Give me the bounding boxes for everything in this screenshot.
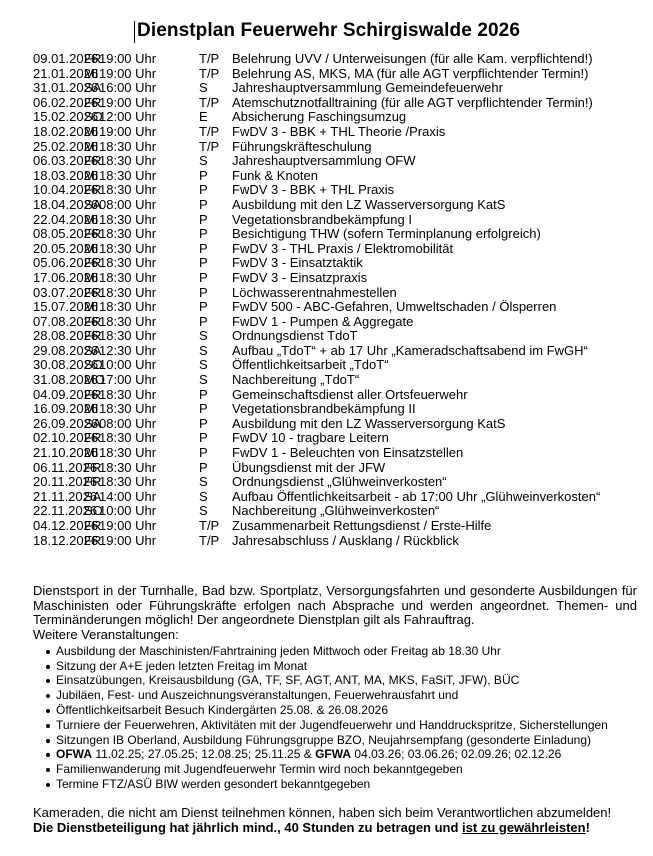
schedule-description: Ausbildung mit den LZ Wasserversorgung K… <box>232 417 505 432</box>
schedule-description: FwDV 3 - THL Praxis / Elektromobilität <box>232 242 453 257</box>
schedule-time: 08:00 Uhr <box>99 198 156 213</box>
schedule-row: 07.08.2026FR18:30 UhrPFwDV 1 - Pumpen & … <box>33 315 643 330</box>
schedule-row: 03.07.2026FR18:30 UhrPLöchwasserentnahme… <box>33 286 643 301</box>
list-item: Einsatzübungen, Kreisausbildung (GA, TF,… <box>33 673 637 688</box>
schedule-type: T/P <box>199 140 219 155</box>
schedule-row: 06.02.2026FR19:00 UhrT/PAtemschutznotfal… <box>33 96 643 111</box>
notes-paragraph: Dienstsport in der Turnhalle, Bad bzw. S… <box>33 584 637 628</box>
schedule-row: 25.02.2026MI18:30 UhrT/PFührungskräftesc… <box>33 140 643 155</box>
bullet-icon <box>46 709 50 713</box>
schedule-row: 22.11.2026SO10:00 UhrSNachbereitung „Glü… <box>33 504 643 519</box>
schedule-description: FwDV 3 - BBK + THL Theorie /Praxis <box>232 125 445 140</box>
schedule-description: FwDV 1 - Pumpen & Aggregate <box>232 315 413 330</box>
schedule-time: 18:30 Uhr <box>99 169 156 184</box>
schedule-time: 18:30 Uhr <box>99 271 156 286</box>
gfwa-dates: 04.03.26; 03.06.26; 02.09.26; 02.12.26 <box>351 747 561 761</box>
schedule-time: 18:30 Uhr <box>99 256 156 271</box>
list-item-text: Turniere der Feuerwehren, Aktivitäten mi… <box>56 718 608 732</box>
schedule-type: S <box>199 373 208 388</box>
schedule-time: 18:30 Uhr <box>99 329 156 344</box>
bullet-icon <box>46 665 50 669</box>
schedule-type: T/P <box>199 52 219 67</box>
bullet-icon <box>46 768 50 772</box>
schedule-time: 18:30 Uhr <box>99 388 156 403</box>
further-events-list: Ausbildung der Maschinisten/Fahrtraining… <box>33 644 637 792</box>
schedule-row: 04.09.2026FR18:30 UhrPGemeinschaftsdiens… <box>33 388 643 403</box>
schedule-description: Vegetationsbrandbekämpfung I <box>232 213 412 228</box>
schedule-row: 02.10.2026FR18:30 UhrPFwDV 10 - tragbare… <box>33 431 643 446</box>
schedule-type: E <box>199 110 208 125</box>
list-item: Termine FTZ/ASÜ BIW werden gesondert bek… <box>33 777 637 792</box>
schedule-time: 19:00 Uhr <box>99 534 156 549</box>
schedule-weekday: MI <box>84 67 98 82</box>
schedule-time: 18:30 Uhr <box>99 446 156 461</box>
schedule-row: 08.05.2026FR18:30 UhrPBesichtigung THW (… <box>33 227 643 242</box>
list-item: Ausbildung der Maschinisten/Fahrtraining… <box>33 644 637 659</box>
schedule-weekday: MI <box>84 169 98 184</box>
schedule-time: 19:00 Uhr <box>99 125 156 140</box>
schedule-weekday: MI <box>84 140 98 155</box>
list-item: Familienwanderung mit Jugendfeuerwehr Te… <box>33 762 637 777</box>
list-item: Jubiläen, Fest- und Auszeichnungsveranst… <box>33 688 637 703</box>
schedule-type: P <box>199 388 208 403</box>
schedule-time: 18:30 Uhr <box>99 242 156 257</box>
schedule-type: P <box>199 271 208 286</box>
schedule-description: Ordnungsdienst TdoT <box>232 329 358 344</box>
schedule-type: S <box>199 344 208 359</box>
list-item-text: Familienwanderung mit Jugendfeuerwehr Te… <box>56 762 463 776</box>
schedule-type: P <box>199 198 208 213</box>
schedule-description: Ordnungsdienst „Glühweinverkosten“ <box>232 475 447 490</box>
schedule-time: 19:00 Uhr <box>99 519 156 534</box>
schedule-time: 19:00 Uhr <box>99 52 156 67</box>
list-item-text: Öffentlichkeitsarbeit Besuch Kindergärte… <box>56 703 388 717</box>
schedule-weekday: MI <box>84 446 98 461</box>
schedule-row: 15.02.2026SO12:00 UhrEAbsicherung Faschi… <box>33 110 643 125</box>
schedule-description: FwDV 1 - Beleuchten von Einsatzstellen <box>232 446 463 461</box>
schedule-weekday: MI <box>84 271 98 286</box>
schedule-description: Zusammenarbeit Rettungsdienst / Erste-Hi… <box>232 519 491 534</box>
schedule-description: FwDV 3 - BBK + THL Praxis <box>232 183 394 198</box>
text-cursor <box>134 21 135 43</box>
bullet-icon <box>46 753 50 757</box>
schedule-type: P <box>199 169 208 184</box>
schedule-description: Nachbereitung „Glühweinverkosten“ <box>232 504 439 519</box>
schedule-time: 19:00 Uhr <box>99 67 156 82</box>
schedule-time: 18:30 Uhr <box>99 475 156 490</box>
bullet-icon <box>46 739 50 743</box>
schedule-row: 22.04.2026MI18:30 UhrPVegetationsbrandbe… <box>33 213 643 228</box>
schedule-type: P <box>199 256 208 271</box>
schedule-type: T/P <box>199 125 219 140</box>
schedule-row: 16.09.2026MI18:30 UhrPVegetationsbrandbe… <box>33 402 643 417</box>
schedule-row: 09.01.2026FR19:00 UhrT/PBelehrung UVV / … <box>33 52 643 67</box>
schedule-description: Funk & Knoten <box>232 169 318 184</box>
schedule-row: 18.04.2026SA08:00 UhrPAusbildung mit den… <box>33 198 643 213</box>
schedule-row: 21.11.2026SA14:00 UhrSAufbau Öffentlichk… <box>33 490 643 505</box>
schedule-type: T/P <box>199 534 219 549</box>
schedule-description: Nachbereitung „TdoT“ <box>232 373 359 388</box>
schedule-description: Ausbildung mit den LZ Wasserversorgung K… <box>232 198 505 213</box>
schedule-type: S <box>199 358 208 373</box>
schedule-row: 06.11.2026FR18:30 UhrPÜbungsdienst mit d… <box>33 461 643 476</box>
title-text: Dienstplan Feuerwehr Schirgiswalde 2026 <box>137 20 520 41</box>
schedule-description: Gemeinschaftsdienst aller Ortsfeuerwehr <box>232 388 468 403</box>
schedule-description: Führungskräfteschulung <box>232 140 371 155</box>
schedule-time: 18:30 Uhr <box>99 431 156 446</box>
schedule-type: P <box>199 300 208 315</box>
ofwa-dates: 11.02.25; 27.05.25; 12.08.25; 25.11.25 & <box>92 747 315 761</box>
ofwa-label: OFWA <box>56 747 92 761</box>
schedule-weekday: MI <box>84 402 98 417</box>
list-item-text: Sitzung der A+E jeden letzten Freitag im… <box>56 659 307 673</box>
schedule-time: 12:30 Uhr <box>99 344 156 359</box>
schedule-description: Aufbau „TdoT“ + ab 17 Uhr „Kameradschaft… <box>232 344 588 359</box>
schedule-type: P <box>199 286 208 301</box>
schedule-description: Absicherung Faschingsumzug <box>232 110 406 125</box>
list-item-text: Ausbildung der Maschinisten/Fahrtraining… <box>56 644 501 658</box>
schedule-row: 29.08.2026SA12:30 UhrSAufbau „TdoT“ + ab… <box>33 344 643 359</box>
schedule-row: 15.07.2026MI18:30 UhrPFwDV 500 - ABC-Gef… <box>33 300 643 315</box>
schedule-time: 10:00 Uhr <box>99 358 156 373</box>
schedule-table: 09.01.2026FR19:00 UhrT/PBelehrung UVV / … <box>33 52 643 548</box>
closing-line-2: Die Dienstbeteiligung hat jährlich mind.… <box>33 820 643 835</box>
schedule-row: 18.03.2026MI18:30 UhrPFunk & Knoten <box>33 169 643 184</box>
schedule-type: S <box>199 490 208 505</box>
schedule-description: Vegetationsbrandbekämpfung II <box>232 402 416 417</box>
title-text-wrapper: Dienstplan Feuerwehr Schirgiswalde 2026 <box>133 19 520 43</box>
schedule-type: P <box>199 402 208 417</box>
schedule-row: 04.12.2026FR19:00 UhrT/PZusammenarbeit R… <box>33 519 643 534</box>
schedule-row: 18.12.2026FR19:00 UhrT/PJahresabschluss … <box>33 534 643 549</box>
schedule-time: 18:30 Uhr <box>99 461 156 476</box>
schedule-time: 18:30 Uhr <box>99 315 156 330</box>
schedule-type: S <box>199 504 208 519</box>
schedule-description: FwDV 3 - Einsatztaktik <box>232 256 363 271</box>
list-item-text: Einsatzübungen, Kreisausbildung (GA, TF,… <box>56 673 519 687</box>
schedule-description: Übungsdienst mit der JFW <box>232 461 385 476</box>
closing-line-2-text: Die Dienstbeteiligung hat jährlich mind.… <box>33 820 462 835</box>
schedule-time: 18:30 Uhr <box>99 183 156 198</box>
schedule-type: P <box>199 315 208 330</box>
schedule-weekday: MI <box>84 300 98 315</box>
schedule-row: 21.01.2026MI19:00 UhrT/PBelehrung AS, MK… <box>33 67 643 82</box>
schedule-time: 18:30 Uhr <box>99 402 156 417</box>
closing-line-2-underlined: ist zu gewährleisten <box>462 820 586 835</box>
document-page: Dienstplan Feuerwehr Schirgiswalde 2026 … <box>0 0 653 856</box>
schedule-time: 18:30 Uhr <box>99 213 156 228</box>
list-item: Sitzung der A+E jeden letzten Freitag im… <box>33 659 637 674</box>
gfwa-label: GFWA <box>315 747 351 761</box>
list-item-text: Termine FTZ/ASÜ BIW werden gesondert bek… <box>56 777 370 791</box>
schedule-weekday: MI <box>84 242 98 257</box>
schedule-description: FwDV 500 - ABC-Gefahren, Umweltschaden /… <box>232 300 556 315</box>
schedule-row: 18.02.2026MI19:00 UhrT/PFwDV 3 - BBK + T… <box>33 125 643 140</box>
schedule-description: Belehrung UVV / Unterweisungen (für alle… <box>232 52 593 67</box>
schedule-row: 05.06.2026FR18:30 UhrPFwDV 3 - Einsatzta… <box>33 256 643 271</box>
schedule-type: S <box>199 81 208 96</box>
schedule-row: 30.08.2026SO10:00 UhrSÖffentlichkeitsarb… <box>33 358 643 373</box>
schedule-row: 20.05.2026MI18:30 UhrPFwDV 3 - THL Praxi… <box>33 242 643 257</box>
bullet-icon <box>46 694 50 698</box>
schedule-description: Löchwasserentnahmestellen <box>232 286 397 301</box>
bullet-icon <box>46 783 50 787</box>
schedule-type: T/P <box>199 519 219 534</box>
schedule-type: S <box>199 475 208 490</box>
schedule-type: P <box>199 461 208 476</box>
schedule-time: 18:30 Uhr <box>99 286 156 301</box>
schedule-description: Jahreshauptversammlung Gemeindefeuerwehr <box>232 81 503 96</box>
schedule-type: P <box>199 417 208 432</box>
list-item: Öffentlichkeitsarbeit Besuch Kindergärte… <box>33 703 637 718</box>
schedule-time: 16:00 Uhr <box>99 81 156 96</box>
schedule-row: 06.03.2026FR18:30 UhrSJahreshauptversamm… <box>33 154 643 169</box>
schedule-description: FwDV 3 - Einsatzpraxis <box>232 271 367 286</box>
schedule-type: S <box>199 329 208 344</box>
schedule-description: Belehrung AS, MKS, MA (für alle AGT verp… <box>232 67 588 82</box>
list-item: OFWA 11.02.25; 27.05.25; 12.08.25; 25.11… <box>33 747 637 762</box>
schedule-time: 12:00 Uhr <box>99 110 156 125</box>
list-item: Sitzungen IB Oberland, Ausbildung Führun… <box>33 733 637 748</box>
schedule-type: P <box>199 431 208 446</box>
schedule-type: T/P <box>199 96 219 111</box>
schedule-type: T/P <box>199 67 219 82</box>
list-item-text: Jubiläen, Fest- und Auszeichnungsveranst… <box>56 688 458 702</box>
schedule-description: Aufbau Öffentlichkeitsarbeit - ab 17:00 … <box>232 490 600 505</box>
schedule-description: Besichtigung THW (sofern Terminplanung e… <box>232 227 541 242</box>
schedule-time: 18:30 Uhr <box>99 300 156 315</box>
schedule-time: 14:00 Uhr <box>99 490 156 505</box>
closing-section: Kameraden, die nicht am Dienst teilnehme… <box>33 805 643 835</box>
schedule-weekday: MI <box>84 125 98 140</box>
schedule-time: 18:30 Uhr <box>99 227 156 242</box>
schedule-row: 20.11.2026FR18:30 UhrSOrdnungsdienst „Gl… <box>33 475 643 490</box>
schedule-type: P <box>199 183 208 198</box>
schedule-type: P <box>199 213 208 228</box>
notes-section: Dienstsport in der Turnhalle, Bad bzw. S… <box>33 584 637 792</box>
schedule-type: P <box>199 227 208 242</box>
schedule-description: Jahreshauptversammlung OFW <box>232 154 416 169</box>
schedule-row: 26.09.2026SA08:00 UhrPAusbildung mit den… <box>33 417 643 432</box>
bullet-icon <box>46 650 50 654</box>
list-item: Turniere der Feuerwehren, Aktivitäten mi… <box>33 718 637 733</box>
list-item-text: Sitzungen IB Oberland, Ausbildung Führun… <box>56 733 591 747</box>
schedule-type: P <box>199 242 208 257</box>
schedule-time: 10:00 Uhr <box>99 504 156 519</box>
schedule-description: Atemschutznotfalltraining (für alle AGT … <box>232 96 593 111</box>
bullet-icon <box>46 679 50 683</box>
schedule-description: Öffentlichkeitsarbeit „TdoT“ <box>232 358 389 373</box>
schedule-row: 31.01.2026SA16:00 UhrSJahreshauptversamm… <box>33 81 643 96</box>
schedule-time: 19:00 Uhr <box>99 96 156 111</box>
schedule-description: Jahresabschluss / Ausklang / Rückblick <box>232 534 459 549</box>
schedule-description: FwDV 10 - tragbare Leitern <box>232 431 389 446</box>
further-events-heading: Weitere Veranstaltungen: <box>33 628 637 643</box>
schedule-row: 31.08.2026MO17:00 UhrSNachbereitung „Tdo… <box>33 373 643 388</box>
schedule-time: 18:30 Uhr <box>99 140 156 155</box>
schedule-time: 18:30 Uhr <box>99 154 156 169</box>
schedule-time: 17:00 Uhr <box>99 373 156 388</box>
closing-line-1: Kameraden, die nicht am Dienst teilnehme… <box>33 805 643 820</box>
schedule-type: S <box>199 154 208 169</box>
schedule-type: P <box>199 446 208 461</box>
page-title: Dienstplan Feuerwehr Schirgiswalde 2026 <box>0 19 653 43</box>
schedule-weekday: MI <box>84 213 98 228</box>
bullet-icon <box>46 724 50 728</box>
schedule-row: 10.04.2026FR18:30 UhrPFwDV 3 - BBK + THL… <box>33 183 643 198</box>
schedule-time: 08:00 Uhr <box>99 417 156 432</box>
schedule-row: 17.06.2026MI18:30 UhrPFwDV 3 - Einsatzpr… <box>33 271 643 286</box>
schedule-row: 28.08.2026FR18:30 UhrSOrdnungsdienst Tdo… <box>33 329 643 344</box>
schedule-row: 21.10.2026MI18:30 UhrPFwDV 1 - Beleuchte… <box>33 446 643 461</box>
closing-line-2-end: ! <box>586 820 590 835</box>
